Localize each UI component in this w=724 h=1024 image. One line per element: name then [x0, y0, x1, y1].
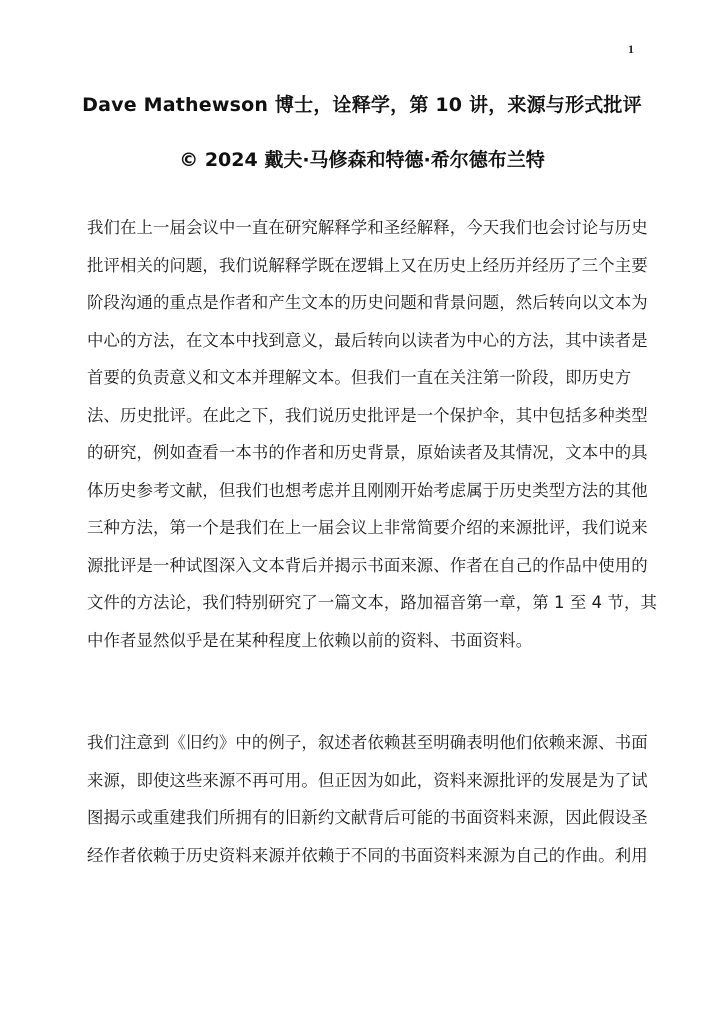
- text-line: 的研究，例如查看一本书的作者和历史背景，原始读者及其情况，文本中的具: [87, 443, 647, 481]
- text-line: 文件的方法论，我们特别研究了一篇文本，路加福音第一章，第 1 至 4 节，其: [87, 593, 647, 631]
- text-line: 我们在上一届会议中一直在研究解释学和圣经解释，今天我们也会讨论与历史: [87, 218, 647, 256]
- paragraph-1: 我们在上一届会议中一直在研究解释学和圣经解释，今天我们也会讨论与历史 批评相关的…: [87, 218, 647, 668]
- text-line: 三种方法，第一个是我们在上一届会议上非常简要介绍的来源批评，我们说来: [87, 518, 647, 556]
- text-line: 首要的负责意义和文本并理解文本。但我们一直在关注第一阶段，即历史方: [87, 368, 647, 406]
- text-line: 阶段沟通的重点是作者和产生文本的历史问题和背景问题，然后转向以文本为: [87, 293, 647, 331]
- text-line: 批评相关的问题，我们说解释学既在逻辑上又在历史上经历并经历了三个主要: [87, 256, 647, 294]
- text-line: 法、历史批评。在此之下，我们说历史批评是一个保护伞，其中包括多种类型: [87, 406, 647, 444]
- page-number: 1: [628, 42, 634, 57]
- text-line: 中心的方法，在文本中找到意义，最后转向以读者为中心的方法，其中读者是: [87, 331, 647, 369]
- copyright-line: © 2024 戴夫·马修森和特德·希尔德布兰特: [0, 145, 724, 172]
- text-line: 中作者显然似乎是在某种程度上依赖以前的资料、书面资料。: [87, 631, 647, 669]
- document-page: 1 Dave Mathewson 博士，诠释学，第 10 讲，来源与形式批评 ©…: [0, 0, 724, 1024]
- text-line: 来源，即使这些来源不再可用。但正因为如此，资料来源批评的发展是为了试: [87, 771, 647, 809]
- paragraph-2: 我们注意到《旧约》中的例子，叙述者依赖甚至明确表明他们依赖来源、书面 来源，即使…: [87, 733, 647, 883]
- text-line: 源批评是一种试图深入文本背后并揭示书面来源、作者在自己的作品中使用的: [87, 556, 647, 594]
- text-line: 图揭示或重建我们所拥有的旧新约文献背后可能的书面资料来源，因此假设圣: [87, 808, 647, 846]
- text-line: 我们注意到《旧约》中的例子，叙述者依赖甚至明确表明他们依赖来源、书面: [87, 733, 647, 771]
- text-line: 体历史参考文献，但我们也想考虑并且刚刚开始考虑属于历史类型方法的其他: [87, 481, 647, 519]
- text-line: 经作者依赖于历史资料来源并依赖于不同的书面资料来源为自己的作曲。利用: [87, 846, 647, 884]
- document-title: Dave Mathewson 博士，诠释学，第 10 讲，来源与形式批评: [0, 90, 724, 117]
